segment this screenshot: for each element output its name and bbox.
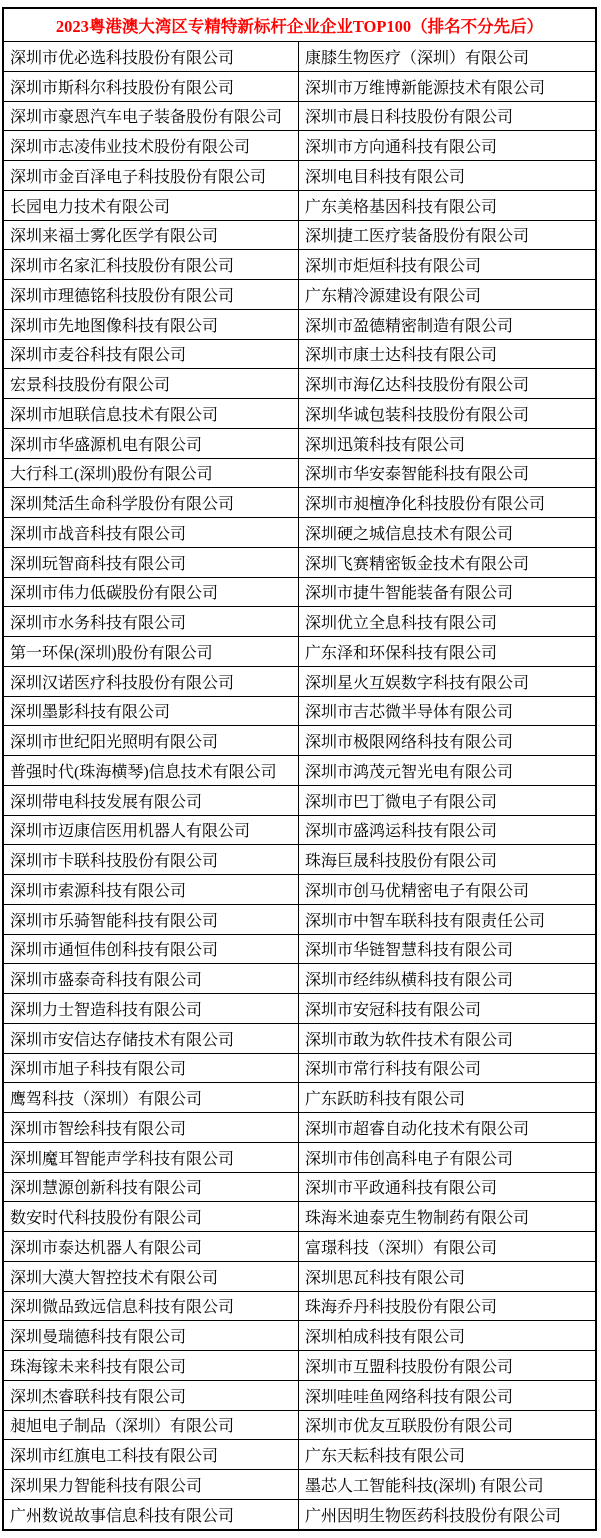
company-cell-right: 深圳硬之城信息技术有限公司 xyxy=(299,518,595,547)
table-row: 深圳力士智造科技有限公司 深圳市安冠科技有限公司 xyxy=(4,993,595,1023)
company-cell-left: 深圳市盛泰奇科技有限公司 xyxy=(4,964,299,993)
table-row: 深圳来福士雾化医学有限公司 深圳捷工医疗装备股份有限公司 xyxy=(4,220,595,250)
table-row: 深圳市战音科技有限公司 深圳硬之城信息技术有限公司 xyxy=(4,517,595,547)
company-cell-left: 大行科工(深圳)股份有限公司 xyxy=(4,459,299,488)
table-row: 深圳市金百泽电子科技股份有限公司 深圳电目科技有限公司 xyxy=(4,160,595,190)
company-cell-right: 深圳华诚包装科技股份有限公司 xyxy=(299,399,595,428)
company-cell-right: 深圳市伟创高科电子有限公司 xyxy=(299,1143,595,1172)
company-cell-left: 深圳市智绘科技有限公司 xyxy=(4,1113,299,1142)
table-row: 深圳魔耳智能声学科技有限公司 深圳市伟创高科电子有限公司 xyxy=(4,1142,595,1172)
company-cell-right: 深圳思瓦科技有限公司 xyxy=(299,1262,595,1291)
company-cell-left: 深圳市安信达存储技术有限公司 xyxy=(4,1024,299,1053)
company-cell-right: 广东泽和环保科技有限公司 xyxy=(299,637,595,666)
company-cell-right: 深圳市盈德精密制造有限公司 xyxy=(299,310,595,339)
table-row: 深圳市泰达机器人有限公司 富璟科技（深圳）有限公司 xyxy=(4,1231,595,1261)
table-row: 深圳市志凌伟业技术股份有限公司 深圳市方向通科技有限公司 xyxy=(4,130,595,160)
company-cell-left: 深圳力士智造科技有限公司 xyxy=(4,994,299,1023)
company-cell-right: 广东天耘科技有限公司 xyxy=(299,1440,595,1469)
company-cell-right: 广东跃昉科技有限公司 xyxy=(299,1083,595,1112)
table-row: 大行科工(深圳)股份有限公司 深圳市华安泰智能科技有限公司 xyxy=(4,458,595,488)
table-row: 深圳市伟力低碳股份有限公司 深圳市捷牛智能装备有限公司 xyxy=(4,577,595,607)
company-cell-right: 深圳市极限网络科技有限公司 xyxy=(299,726,595,755)
company-cell-right: 深圳市互盟科技股份有限公司 xyxy=(299,1351,595,1380)
company-cell-left: 深圳慧源创新科技有限公司 xyxy=(4,1173,299,1202)
table-row: 深圳市斯科尔科技股份有限公司 深圳市万维博新能源技术有限公司 xyxy=(4,71,595,101)
company-cell-right: 富璟科技（深圳）有限公司 xyxy=(299,1232,595,1261)
table-row: 深圳市智绘科技有限公司 深圳市超睿自动化技术有限公司 xyxy=(4,1112,595,1142)
company-cell-left: 深圳市金百泽电子科技股份有限公司 xyxy=(4,161,299,190)
company-cell-left: 深圳市名家汇科技股份有限公司 xyxy=(4,250,299,279)
table-row: 深圳玩智商科技有限公司 深圳飞赛精密钣金技术有限公司 xyxy=(4,547,595,577)
company-cell-right: 深圳市平政通科技有限公司 xyxy=(299,1173,595,1202)
table-row: 深圳市华盛源机电有限公司 深圳迅策科技有限公司 xyxy=(4,428,595,458)
company-cell-right: 深圳市鸿茂元智光电有限公司 xyxy=(299,756,595,785)
table-row: 昶旭电子制品（深圳）有限公司 深圳市优友互联股份有限公司 xyxy=(4,1410,595,1440)
table-row: 宏景科技股份有限公司 深圳市海亿达科技股份有限公司 xyxy=(4,368,595,398)
company-cell-right: 深圳市华链智慧科技有限公司 xyxy=(299,935,595,964)
table-row: 深圳市卡联科技股份有限公司 珠海巨晟科技股份有限公司 xyxy=(4,844,595,874)
table-title: 2023粤港澳大湾区专精特新标杆企业企业TOP100（排名不分先后） xyxy=(56,13,543,37)
company-cell-left: 深圳市迈康信医用机器人有限公司 xyxy=(4,816,299,845)
page: 2023粤港澳大湾区专精特新标杆企业企业TOP100（排名不分先后） 深圳市优必… xyxy=(0,0,601,1538)
table-row: 深圳市麦谷科技有限公司 深圳市康士达科技有限公司 xyxy=(4,339,595,369)
company-cell-left: 深圳市豪恩汽车电子装备股份有限公司 xyxy=(4,102,299,131)
company-cell-left: 深圳市水务科技有限公司 xyxy=(4,607,299,636)
company-cell-left: 深圳曼瑞德科技有限公司 xyxy=(4,1321,299,1350)
company-cell-right: 广东美格基因科技有限公司 xyxy=(299,191,595,220)
company-cell-right: 深圳市敢为软件技术有限公司 xyxy=(299,1024,595,1053)
company-cell-right: 深圳电目科技有限公司 xyxy=(299,161,595,190)
company-cell-left: 宏景科技股份有限公司 xyxy=(4,369,299,398)
company-cell-right: 珠海巨晟科技股份有限公司 xyxy=(299,845,595,874)
company-cell-left: 深圳大漠大智控技术有限公司 xyxy=(4,1262,299,1291)
company-cell-right: 深圳捷工医疗装备股份有限公司 xyxy=(299,221,595,250)
table-row: 深圳汉诺医疗科技股份有限公司 深圳星火互娱数字科技有限公司 xyxy=(4,666,595,696)
company-cell-left: 深圳带电科技发展有限公司 xyxy=(4,786,299,815)
company-cell-right: 深圳市万维博新能源技术有限公司 xyxy=(299,72,595,101)
company-cell-right: 深圳市海亿达科技股份有限公司 xyxy=(299,369,595,398)
company-cell-left: 深圳市华盛源机电有限公司 xyxy=(4,429,299,458)
company-cell-left: 长园电力技术有限公司 xyxy=(4,191,299,220)
table-row: 深圳市索源科技有限公司 深圳市创马优精密电子有限公司 xyxy=(4,874,595,904)
company-cell-left: 深圳市通恒伟创科技有限公司 xyxy=(4,935,299,964)
table-row: 深圳果力智能科技有限公司 墨芯人工智能科技(深圳) 有限公司 xyxy=(4,1469,595,1499)
company-cell-right: 深圳优立全息科技有限公司 xyxy=(299,607,595,636)
company-cell-right: 深圳市捷牛智能装备有限公司 xyxy=(299,578,595,607)
table-row: 深圳墨影科技有限公司 深圳市吉芯微半导体有限公司 xyxy=(4,696,595,726)
company-cell-right: 珠海乔丹科技股份有限公司 xyxy=(299,1292,595,1321)
table-row: 深圳市豪恩汽车电子装备股份有限公司 深圳市晨日科技股份有限公司 xyxy=(4,101,595,131)
table-row: 深圳市水务科技有限公司 深圳优立全息科技有限公司 xyxy=(4,606,595,636)
company-cell-right: 广州因明生物医药科技股份有限公司 xyxy=(299,1500,595,1529)
company-cell-right: 深圳市创马优精密电子有限公司 xyxy=(299,875,595,904)
company-cell-left: 深圳微品致远信息科技有限公司 xyxy=(4,1292,299,1321)
company-cell-right: 深圳星火互娱数字科技有限公司 xyxy=(299,667,595,696)
table-header-row: 2023粤港澳大湾区专精特新标杆企业企业TOP100（排名不分先后） xyxy=(4,9,595,41)
company-cell-right: 深圳市晨日科技股份有限公司 xyxy=(299,102,595,131)
company-cell-left: 深圳市红旗电工科技有限公司 xyxy=(4,1440,299,1469)
company-cell-left: 深圳市斯科尔科技股份有限公司 xyxy=(4,72,299,101)
table-row: 深圳市优必选科技股份有限公司 康膝生物医疗（深圳）有限公司 xyxy=(4,41,595,71)
company-cell-right: 墨芯人工智能科技(深圳) 有限公司 xyxy=(299,1470,595,1499)
company-cell-left: 深圳市志凌伟业技术股份有限公司 xyxy=(4,131,299,160)
table-row: 深圳微品致远信息科技有限公司 珠海乔丹科技股份有限公司 xyxy=(4,1291,595,1321)
table-row: 深圳杰睿联科技有限公司 深圳哇哇鱼网络科技有限公司 xyxy=(4,1380,595,1410)
company-cell-left: 深圳汉诺医疗科技股份有限公司 xyxy=(4,667,299,696)
table-row: 深圳大漠大智控技术有限公司 深圳思瓦科技有限公司 xyxy=(4,1261,595,1291)
company-cell-right: 深圳柏成科技有限公司 xyxy=(299,1321,595,1350)
company-cell-left: 深圳市麦谷科技有限公司 xyxy=(4,340,299,369)
company-cell-left: 深圳市旭子科技有限公司 xyxy=(4,1054,299,1083)
company-cell-right: 深圳市巴丁微电子有限公司 xyxy=(299,786,595,815)
table-row: 第一环保(深圳)股份有限公司 广东泽和环保科技有限公司 xyxy=(4,636,595,666)
company-cell-left: 深圳市乐骑智能科技有限公司 xyxy=(4,905,299,934)
company-cell-left: 普强时代(珠海横琴)信息技术有限公司 xyxy=(4,756,299,785)
company-cell-left: 深圳市优必选科技股份有限公司 xyxy=(4,42,299,71)
table-row: 广州数说故事信息科技有限公司 广州因明生物医药科技股份有限公司 xyxy=(4,1499,595,1529)
company-cell-left: 数安时代科技股份有限公司 xyxy=(4,1202,299,1231)
company-cell-left: 深圳市旭联信息技术有限公司 xyxy=(4,399,299,428)
table-row: 深圳市名家汇科技股份有限公司 深圳市炬烜科技有限公司 xyxy=(4,249,595,279)
table-row: 深圳市盛泰奇科技有限公司 深圳市经纬纵横科技有限公司 xyxy=(4,963,595,993)
table-row: 深圳市安信达存储技术有限公司 深圳市敢为软件技术有限公司 xyxy=(4,1023,595,1053)
table-row: 深圳市通恒伟创科技有限公司 深圳市华链智慧科技有限公司 xyxy=(4,934,595,964)
company-cell-left: 深圳市理德铭科技股份有限公司 xyxy=(4,280,299,309)
table-row: 普强时代(珠海横琴)信息技术有限公司 深圳市鸿茂元智光电有限公司 xyxy=(4,755,595,785)
company-cell-right: 深圳市安冠科技有限公司 xyxy=(299,994,595,1023)
company-cell-left: 深圳市卡联科技股份有限公司 xyxy=(4,845,299,874)
company-cell-left: 深圳魔耳智能声学科技有限公司 xyxy=(4,1143,299,1172)
table-row: 数安时代科技股份有限公司 珠海米迪泰克生物制药有限公司 xyxy=(4,1201,595,1231)
company-cell-right: 深圳市优友互联股份有限公司 xyxy=(299,1411,595,1440)
company-cell-right: 康膝生物医疗（深圳）有限公司 xyxy=(299,42,595,71)
company-cell-right: 深圳市炬烜科技有限公司 xyxy=(299,250,595,279)
table-row: 深圳慧源创新科技有限公司 深圳市平政通科技有限公司 xyxy=(4,1172,595,1202)
companies-table: 2023粤港澳大湾区专精特新标杆企业企业TOP100（排名不分先后） 深圳市优必… xyxy=(2,7,597,1531)
company-cell-right: 深圳市超睿自动化技术有限公司 xyxy=(299,1113,595,1142)
table-row: 深圳市迈康信医用机器人有限公司 深圳市盛鸿运科技有限公司 xyxy=(4,815,595,845)
company-cell-right: 深圳市康士达科技有限公司 xyxy=(299,340,595,369)
company-cell-left: 深圳市先地图像科技有限公司 xyxy=(4,310,299,339)
company-cell-left: 深圳市伟力低碳股份有限公司 xyxy=(4,578,299,607)
table-row: 深圳市乐骑智能科技有限公司 深圳市中智车联科技有限责任公司 xyxy=(4,904,595,934)
company-cell-right: 深圳市吉芯微半导体有限公司 xyxy=(299,697,595,726)
table-row: 深圳市先地图像科技有限公司 深圳市盈德精密制造有限公司 xyxy=(4,309,595,339)
company-cell-right: 深圳迅策科技有限公司 xyxy=(299,429,595,458)
table-row: 深圳曼瑞德科技有限公司 深圳柏成科技有限公司 xyxy=(4,1320,595,1350)
company-cell-left: 深圳市战音科技有限公司 xyxy=(4,518,299,547)
company-cell-left: 深圳杰睿联科技有限公司 xyxy=(4,1381,299,1410)
table-row: 深圳市理德铭科技股份有限公司 广东精冷源建设有限公司 xyxy=(4,279,595,309)
company-cell-left: 深圳梵活生命科学股份有限公司 xyxy=(4,488,299,517)
company-cell-right: 深圳哇哇鱼网络科技有限公司 xyxy=(299,1381,595,1410)
company-cell-left: 昶旭电子制品（深圳）有限公司 xyxy=(4,1411,299,1440)
company-cell-left: 深圳墨影科技有限公司 xyxy=(4,697,299,726)
company-cell-left: 深圳玩智商科技有限公司 xyxy=(4,548,299,577)
company-cell-left: 珠海镓未来科技有限公司 xyxy=(4,1351,299,1380)
table-row: 鹰驾科技（深圳）有限公司 广东跃昉科技有限公司 xyxy=(4,1082,595,1112)
table-row: 深圳市世纪阳光照明有限公司 深圳市极限网络科技有限公司 xyxy=(4,725,595,755)
company-cell-right: 珠海米迪泰克生物制药有限公司 xyxy=(299,1202,595,1231)
company-cell-left: 深圳市泰达机器人有限公司 xyxy=(4,1232,299,1261)
company-cell-right: 深圳市昶檀净化科技股份有限公司 xyxy=(299,488,595,517)
company-cell-right: 深圳市盛鸿运科技有限公司 xyxy=(299,816,595,845)
company-cell-left: 深圳市索源科技有限公司 xyxy=(4,875,299,904)
company-cell-right: 深圳市经纬纵横科技有限公司 xyxy=(299,964,595,993)
table-row: 深圳梵活生命科学股份有限公司 深圳市昶檀净化科技股份有限公司 xyxy=(4,487,595,517)
company-cell-right: 深圳市华安泰智能科技有限公司 xyxy=(299,459,595,488)
company-cell-left: 广州数说故事信息科技有限公司 xyxy=(4,1500,299,1529)
company-cell-left: 鹰驾科技（深圳）有限公司 xyxy=(4,1083,299,1112)
company-cell-right: 广东精冷源建设有限公司 xyxy=(299,280,595,309)
company-cell-right: 深圳市中智车联科技有限责任公司 xyxy=(299,905,595,934)
company-cell-right: 深圳市方向通科技有限公司 xyxy=(299,131,595,160)
company-cell-right: 深圳飞赛精密钣金技术有限公司 xyxy=(299,548,595,577)
company-cell-left: 第一环保(深圳)股份有限公司 xyxy=(4,637,299,666)
table-row: 深圳市旭联信息技术有限公司 深圳华诚包装科技股份有限公司 xyxy=(4,398,595,428)
table-row: 深圳带电科技发展有限公司 深圳市巴丁微电子有限公司 xyxy=(4,785,595,815)
table-row: 深圳市红旗电工科技有限公司 广东天耘科技有限公司 xyxy=(4,1439,595,1469)
company-cell-right: 深圳市常行科技有限公司 xyxy=(299,1054,595,1083)
company-cell-left: 深圳果力智能科技有限公司 xyxy=(4,1470,299,1499)
table-row: 长园电力技术有限公司 广东美格基因科技有限公司 xyxy=(4,190,595,220)
table-row: 珠海镓未来科技有限公司 深圳市互盟科技股份有限公司 xyxy=(4,1350,595,1380)
company-cell-left: 深圳市世纪阳光照明有限公司 xyxy=(4,726,299,755)
table-row: 深圳市旭子科技有限公司 深圳市常行科技有限公司 xyxy=(4,1053,595,1083)
table-body: 深圳市优必选科技股份有限公司 康膝生物医疗（深圳）有限公司 深圳市斯科尔科技股份… xyxy=(4,41,595,1529)
company-cell-left: 深圳来福士雾化医学有限公司 xyxy=(4,221,299,250)
